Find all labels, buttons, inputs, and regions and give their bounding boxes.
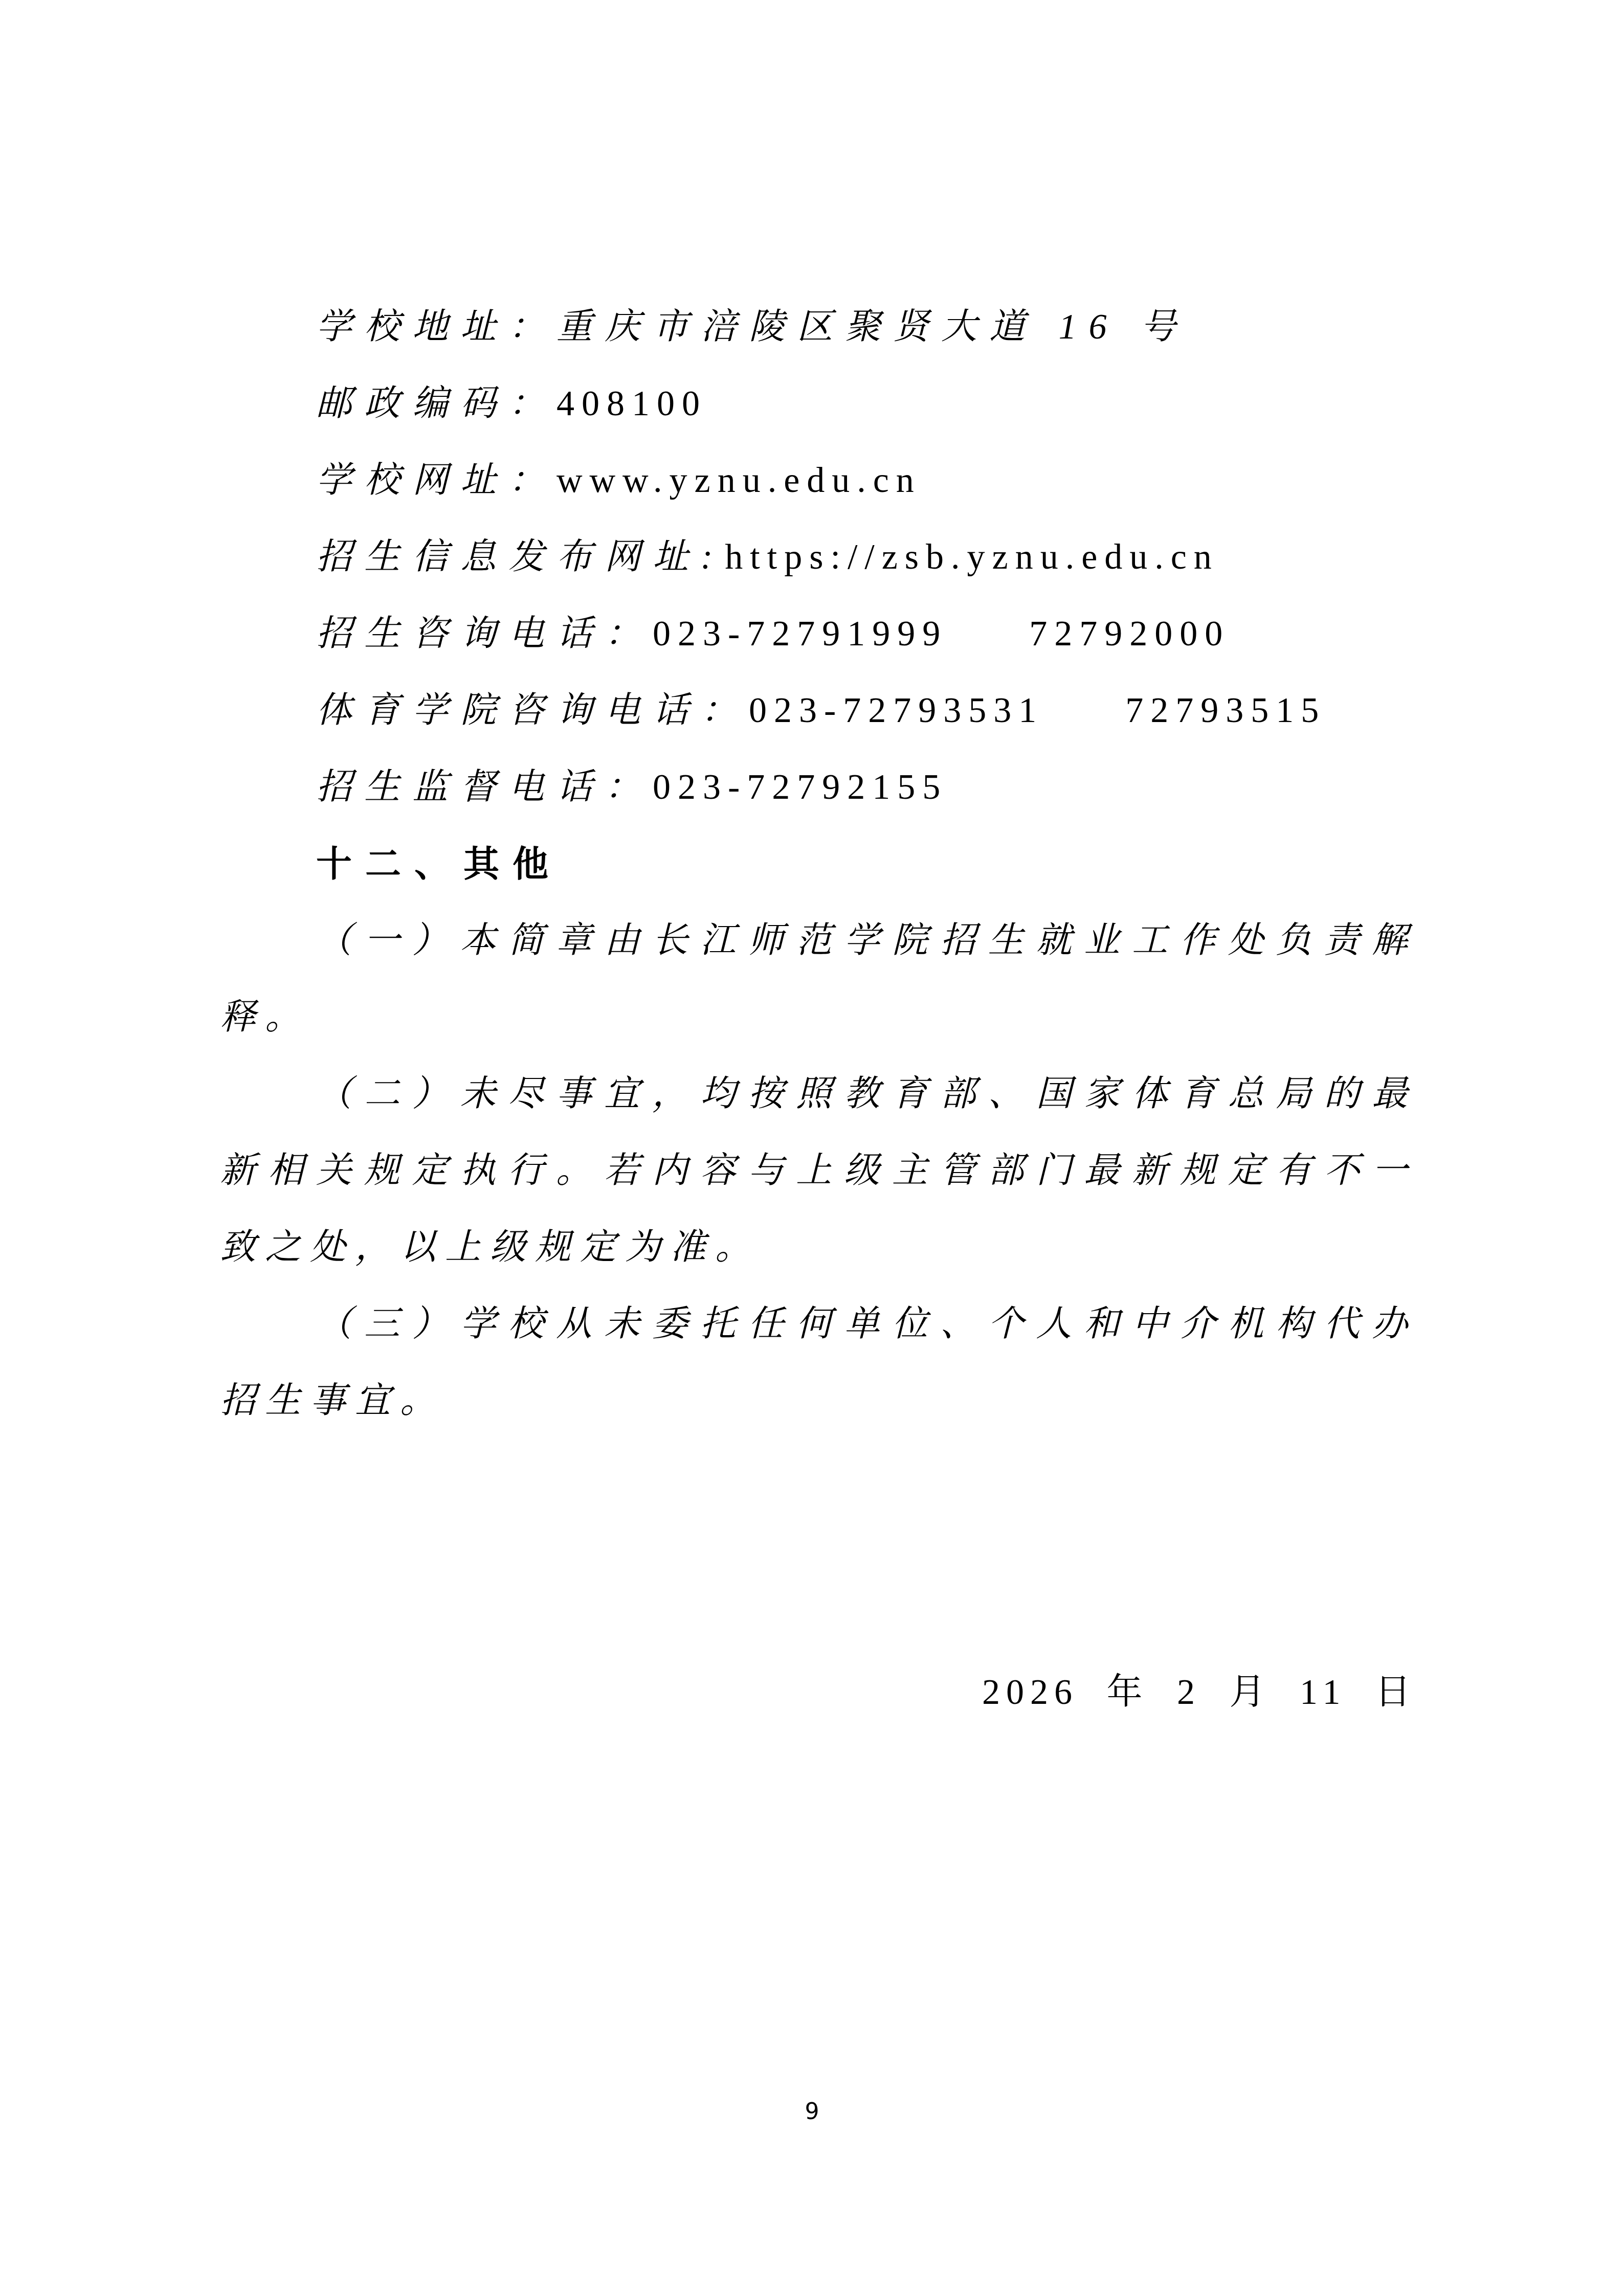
contact-line-admissions-phone: 招生咨询电话：023-7279199972792000: [220, 596, 1417, 672]
document-content: 学校地址：重庆市涪陵区聚贤大道 16 号 邮政编码：408100 学校网址：ww…: [0, 0, 1624, 1731]
date-line: 2026 年 2 月 11 日: [220, 1654, 1417, 1731]
contact-line-website: 学校网址：www.yznu.edu.cn: [220, 442, 1417, 519]
contact-value: www.yznu.edu.cn: [557, 461, 921, 500]
contact-line-postcode: 邮政编码：408100: [220, 366, 1417, 442]
paragraph-line: （三）学校从未委托任何单位、个人和中介机构代办: [220, 1286, 1417, 1363]
paragraph-line: 招生事宜。: [220, 1363, 1417, 1439]
contact-value: 重庆市涪陵区聚贤大道 16 号: [557, 307, 1188, 347]
contact-value-2: 72793515: [1125, 691, 1326, 730]
paragraph-1: （一）本简章由长江师范学院招生就业工作处负责解 释。: [220, 903, 1417, 1056]
contact-line-sports-college-phone: 体育学院咨询电话：023-7279353172793515: [220, 672, 1417, 749]
contact-value: 023-72792155: [653, 768, 947, 807]
paragraph-line: 新相关规定执行。若内容与上级主管部门最新规定有不一: [220, 1133, 1417, 1209]
contact-line-admissions-site: 招生信息发布网址:https://zsb.yznu.edu.cn: [220, 519, 1417, 596]
paragraph-line: （一）本简章由长江师范学院招生就业工作处负责解: [220, 903, 1417, 979]
document-page: 学校地址：重庆市涪陵区聚贤大道 16 号 邮政编码：408100 学校网址：ww…: [0, 0, 1624, 2296]
contact-label: 学校地址：: [316, 307, 557, 347]
paragraph-2: （二）未尽事宜，均按照教育部、国家体育总局的最 新相关规定执行。若内容与上级主管…: [220, 1056, 1417, 1286]
contact-label: 招生咨询电话：: [316, 614, 653, 654]
paragraph-line: （二）未尽事宜，均按照教育部、国家体育总局的最: [220, 1056, 1417, 1133]
paragraph-3: （三）学校从未委托任何单位、个人和中介机构代办 招生事宜。: [220, 1286, 1417, 1439]
contact-value-2: 72792000: [1029, 614, 1230, 654]
contact-label: 招生监督电话：: [316, 768, 653, 807]
page-number: 9: [0, 2097, 1624, 2127]
contact-value: 023-72793531: [749, 691, 1043, 730]
section-heading: 十二、其他: [220, 826, 1417, 903]
paragraph-line: 释。: [220, 979, 1417, 1056]
contact-value: https://zsb.yznu.edu.cn: [725, 537, 1219, 577]
contact-line-address: 学校地址：重庆市涪陵区聚贤大道 16 号: [220, 289, 1417, 366]
contact-label: 招生信息发布网址:: [316, 537, 725, 577]
contact-line-supervision-phone: 招生监督电话：023-72792155: [220, 749, 1417, 826]
contact-value: 408100: [557, 384, 707, 423]
paragraph-line: 致之处，以上级规定为准。: [220, 1209, 1417, 1286]
contact-label: 学校网址：: [316, 461, 557, 500]
contact-label: 邮政编码：: [316, 384, 557, 423]
contact-value: 023-72791999: [653, 614, 947, 654]
contact-label: 体育学院咨询电话：: [316, 691, 749, 730]
